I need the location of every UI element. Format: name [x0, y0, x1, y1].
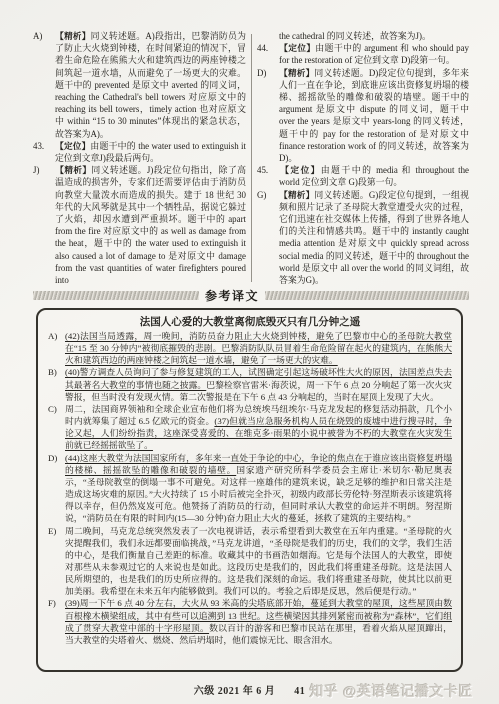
text-segment: 同义转述题。A)段指出，巴黎消防员为了防止大火烧到钟楼，在时间紧迫的情况下，冒着…	[55, 31, 246, 139]
item-label: D)	[257, 67, 279, 79]
analysis-item: D)【精析】同义转述题。D)段定位句提到，多年来人们一直在争论，到底谁应该出资修…	[257, 67, 469, 165]
translation-paragraphs: A)(42)法国当局透露，周一晚间，消防员奋力阻止大火烧到钟楼，避免了巴黎市中心…	[48, 330, 452, 646]
text-segment: 同义转述题。D)段定位句提到，多年来人们一直在争论，到底谁应该出资修复坍塌的楼梯…	[279, 68, 469, 163]
paragraph-label: B)	[48, 366, 65, 378]
analysis-item: A)【精析】同义转述题。A)段指出，巴黎消防员为了防止大火烧到钟楼，在时间紧迫的…	[33, 30, 246, 140]
text-segment: (42)法国当局透露，周一晚间，消防员奋力阻止大火烧到钟楼，避免了巴黎市中心的圣…	[65, 331, 452, 365]
tag-label: 【定位】	[55, 141, 90, 151]
tag-label: 【定位】	[279, 43, 315, 53]
scanned-exam-page: { "analysis_left": [ { "label": "A)", "s…	[0, 0, 499, 704]
item-label: 44.	[257, 42, 279, 54]
text-segment: the cathedral 的同义转述，故答案为J)。	[279, 31, 431, 41]
translation-paragraph: F)(39)周一下午 6 点 40 分左右，大火从 93 米高的尖塔底部开始，蔓…	[48, 597, 452, 646]
analysis-columns: A)【精析】同义转述题。A)段指出，巴黎消防员为了防止大火烧到钟楼，在时间紧迫的…	[33, 30, 469, 287]
translation-paragraph: A)(42)法国当局透露，周一晚间，消防员奋力阻止大火烧到钟楼，避免了巴黎市中心…	[48, 330, 452, 366]
item-text: 【精析】同义转述题。J)段定位句指出，除了高温造成的损害外，专家们还需要评估由于…	[55, 165, 246, 285]
item-label: A)	[33, 30, 55, 42]
tag-label: 【精析】	[279, 68, 314, 78]
analysis-item: the cathedral 的同义转述，故答案为J)。	[257, 30, 469, 42]
item-text: 【精析】同义转述题。G)段定位句提到，一组视频和照片记录了圣母院大教堂遭受火灾的…	[279, 190, 469, 285]
text-segment: 同义转述题。G)段定位句提到，一组视频和照片记录了圣母院大教堂遭受火灾的过程，它…	[279, 190, 469, 285]
reference-translation-divider: 参考译文	[33, 288, 469, 302]
decorative-hatch-right	[265, 291, 469, 300]
text-segment: 周二晚间，马克龙总统突然发表了一次电视讲话，表示希望看到大教堂在五年内重建。“圣…	[65, 526, 452, 597]
reference-translation-heading: 参考译文	[205, 287, 259, 304]
footer-issue-label: 六级 2021 年 6 月	[194, 686, 276, 697]
paragraph-text: (44)这座大教堂为法国国家所有，多年来一直处于争论的中心，争论的焦点在于谁应该…	[65, 453, 452, 524]
paragraph-label: D)	[48, 452, 65, 464]
paragraph-text: (42)法国当局透露，周一晚间，消防员奋力阻止大火烧到钟楼，避免了巴黎市中心的圣…	[65, 331, 452, 365]
tag-label: 【精析】	[55, 31, 91, 41]
text-segment: 同义转述题。J)段定位句指出，除了高温造成的损害外，专家们还需要评估由于消防员向…	[55, 165, 246, 285]
item-text: 【精析】同义转述题。D)段定位句提到，多年来人们一直在争论，到底谁应该出资修复坍…	[279, 68, 469, 163]
item-text: 【定位】由题干中的 argument 和 who should pay for …	[279, 43, 469, 65]
paragraph-text: (39)周一下午 6 点 40 分左右，大火从 93 米高的尖塔底部开始，蔓延到…	[65, 598, 452, 644]
footer-page-number: 41	[294, 686, 305, 697]
analysis-item: 43.【定位】由题干中的 the water used to extinguis…	[33, 140, 246, 164]
translation-paragraph: D)(44)这座大教堂为法国国家所有，多年来一直处于争论的中心，争论的焦点在于谁…	[48, 452, 452, 525]
tag-label: 【定位】	[279, 165, 321, 175]
column-divider-rule	[251, 34, 252, 282]
analysis-left-column: A)【精析】同义转述题。A)段指出，巴黎消防员为了防止大火烧到钟楼，在时间紧迫的…	[33, 30, 246, 287]
translation-title: 法国人心爱的大教堂离彻底毁灭只有几分钟之遥	[48, 315, 452, 329]
watermark: 知乎 @英语笔记播文卡匠	[309, 681, 473, 701]
analysis-item: 45.【定位】由题干中的 media 和 throughout the worl…	[257, 164, 469, 188]
item-label: 45.	[257, 164, 279, 176]
item-text: 【定位】由题干中的 the water used to extinguish i…	[55, 141, 246, 163]
item-text: 【定位】由题干中的 media 和 throughout the world 定…	[279, 165, 469, 187]
tag-label: 【精析】	[279, 190, 314, 200]
decorative-hatch-left	[33, 291, 199, 300]
translation-box: 法国人心爱的大教堂离彻底毁灭只有几分钟之遥 A)(42)法国当局透露，周一晚间，…	[36, 308, 463, 672]
item-label: J)	[33, 164, 55, 176]
translation-paragraph: B)(40)警方调查人员询问了参与修复建筑的工人，试图确定引起这场破坏性大火的原…	[48, 366, 452, 402]
analysis-item: G)【精析】同义转述题。G)段定位句提到，一组视频和照片记录了圣母院大教堂遭受火…	[257, 189, 469, 287]
translation-paragraph: C)周二，法国商界领袖和全球企业宣布他们将为总统埃马纽埃尔·马克龙发起的修复活动…	[48, 403, 452, 452]
paragraph-label: F)	[48, 597, 65, 609]
paragraph-label: A)	[48, 330, 65, 342]
analysis-item: 44.【定位】由题干中的 argument 和 who should pay f…	[257, 42, 469, 66]
item-text: 【精析】同义转述题。A)段指出，巴黎消防员为了防止大火烧到钟楼，在时间紧迫的情况…	[55, 31, 246, 139]
paragraph-text: 周二晚间，马克龙总统突然发表了一次电视讲话，表示希望看到大教堂在五年内重建。“圣…	[65, 526, 452, 597]
item-label: G)	[257, 189, 279, 201]
paragraph-label: C)	[48, 403, 65, 415]
paragraph-text: 周二，法国商界领袖和全球企业宣布他们将为总统埃马纽埃尔·马克龙发起的修复活动捐款…	[65, 404, 452, 450]
translation-paragraph: E)周二晚间，马克龙总统突然发表了一次电视讲话，表示希望看到大教堂在五年内重建。…	[48, 525, 452, 598]
analysis-item: J)【精析】同义转述题。J)段定位句指出，除了高温造成的损害外，专家们还需要评估…	[33, 164, 246, 286]
analysis-right-column: the cathedral 的同义转述，故答案为J)。 44.【定位】由题干中的…	[257, 30, 469, 287]
item-text: the cathedral 的同义转述，故答案为J)。	[279, 31, 431, 41]
tag-label: 【精析】	[55, 165, 91, 175]
item-label: 43.	[33, 140, 55, 152]
paragraph-label: E)	[48, 525, 65, 537]
paragraph-text: (40)警方调查人员询问了参与修复建筑的工人，试图确定引起这场破坏性大火的原因，…	[65, 367, 452, 401]
